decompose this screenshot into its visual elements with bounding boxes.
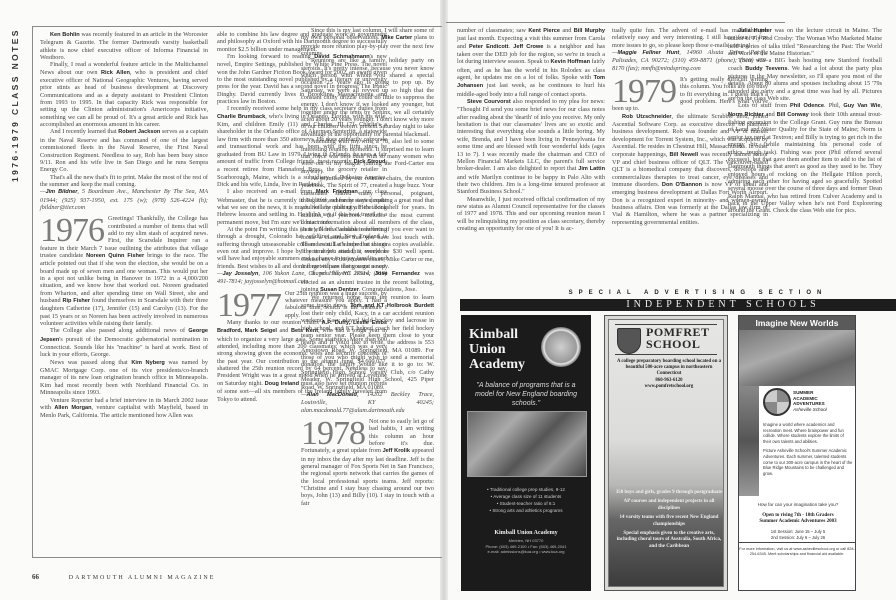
asheville-headline: Imagine New Worlds: [739, 316, 855, 330]
kua-contact: Meriden, NH 03770 Phone: (603) 469-2100 …: [465, 538, 587, 555]
year-heading-1978: 1978: [301, 421, 365, 447]
kua-students-photo: [467, 411, 587, 477]
year-heading-1977: 1977: [217, 293, 281, 319]
magazine-title: DARTMOUTH ALUMNI MAGAZINE: [69, 575, 216, 581]
signature-1977: —Alan MacDonald, 14202 Beckley Trace, Lo…: [301, 391, 434, 414]
column-4: number of classmates; saw Kent Pierce an…: [457, 27, 605, 232]
page-number: 66: [32, 573, 39, 581]
asheville-logo-text: SUMMER ACADEMIC ADVENTURES Asheville Sch…: [793, 390, 833, 412]
pomfret-features: 350 boys and girls, grades 9 through pos…: [613, 490, 725, 553]
asheville-question: How far can your imagination take you?: [741, 502, 855, 507]
side-photo-strip: [739, 386, 759, 496]
kua-quote: "A balance of programs that is a model f…: [467, 381, 585, 408]
asheville-school-ad[interactable]: Imagine New Worlds SUMMER ACADEMIC ADVEN…: [738, 315, 856, 591]
advertising-kicker: SPECIAL ADVERTISING SECTION: [460, 290, 896, 296]
signature-1976: —Jim Bildner, 5 Boardman Ave., Mancheste…: [40, 188, 208, 211]
asheville-sessions: 1st Session: June 15 – July 5 2nd Sessio…: [741, 529, 855, 540]
kua-name: Kimball Union Academy: [465, 530, 587, 536]
advertising-section-header: SPECIAL ADVERTISING SECTION INDEPENDENT …: [460, 290, 896, 311]
kua-seal-icon: [541, 327, 581, 367]
section-1978: 1978Not one to easily let go of bad habi…: [301, 418, 434, 507]
right-page-frame-top: [446, 22, 785, 23]
kua-bullets: • Traditional college prep studies, 9-12…: [465, 486, 587, 514]
page-footer: 66 DARTMOUTH ALUMNI MAGAZINE: [32, 573, 215, 581]
rafting-photo: [739, 330, 855, 386]
kimball-union-academy-ad[interactable]: Kimball Union Academy "A balance of prog…: [461, 315, 591, 591]
independent-schools-banner: INDEPENDENT SCHOOLS: [460, 299, 896, 311]
kua-title: Kimball Union Academy: [469, 327, 539, 372]
pomfret-web-link[interactable]: www.pomfretschool.org: [613, 384, 725, 390]
asheville-eligibility: Open to rising 7th - 10th Graders Summer…: [741, 513, 855, 526]
asheville-body: Imagine a world where academics and recr…: [763, 422, 853, 480]
compass-logo-icon: [763, 388, 791, 416]
pomfret-title: POMFRET SCHOOL: [646, 326, 710, 350]
pomfret-crest-icon: [617, 328, 641, 354]
name-ken-bohlin: Ken Bohlin: [50, 32, 80, 38]
section-1976: 1976Greetings! Thankfully, the College h…: [40, 215, 208, 327]
asheville-footer[interactable]: For more information, visit us at www.as…: [739, 542, 855, 557]
class-notes-side-label: 1976-1979 CLASS NOTES: [10, 28, 24, 258]
kua-web-link[interactable]: e-mail: admissions@kua.org • www.kua.org: [465, 549, 587, 555]
column-3: Since this is my last column, I will sha…: [301, 27, 434, 507]
column-6: Julia Hunter was on the lecture circuit …: [728, 27, 882, 215]
year-heading-1976: 1976: [40, 218, 104, 244]
year-heading-1979: 1979: [612, 79, 676, 105]
pomfret-school-ad[interactable]: POMFRET SCHOOL A college preparatory boa…: [604, 315, 728, 591]
column-1: Ken Bohlin was recently featured in an a…: [40, 31, 208, 420]
pomfret-description: A college preparatory boarding school lo…: [613, 359, 725, 390]
